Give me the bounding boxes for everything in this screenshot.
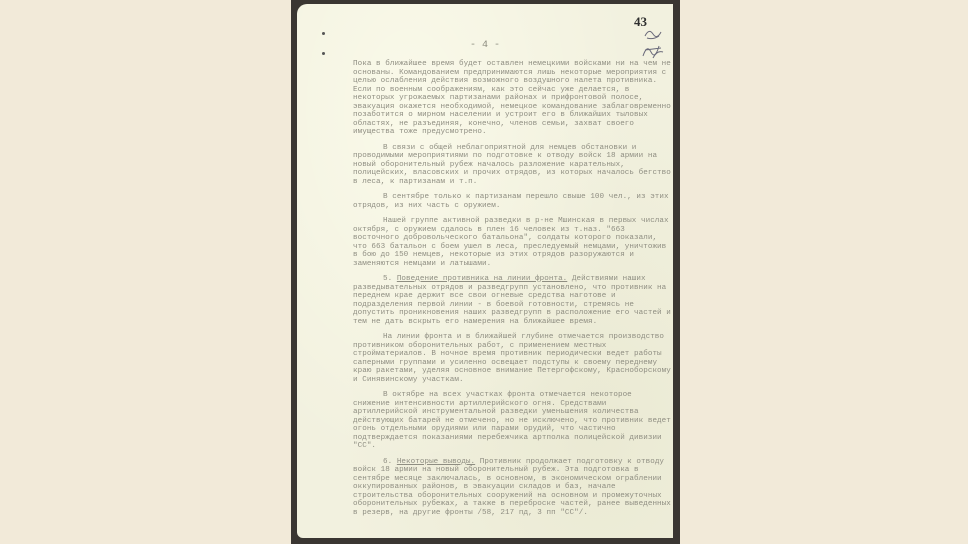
paragraph-text: На линии фронта и в ближайшей глубине от… xyxy=(353,333,673,384)
paragraph-text: В связи с общей неблагоприятной для немц… xyxy=(353,144,673,186)
paragraph: В октябре на всех участках фронта отмеча… xyxy=(353,391,673,451)
paragraph: Пока в ближайшее время будет оставлен не… xyxy=(353,60,673,137)
paragraph-text: В октябре на всех участках фронта отмеча… xyxy=(353,391,673,450)
section-paragraph: 5. Поведение противника на линии фронта.… xyxy=(353,275,673,326)
paragraph: В связи с общей неблагоприятной для немц… xyxy=(353,144,673,187)
paragraph-text: Нашей группе активной разведки в р-не Мш… xyxy=(353,217,673,268)
section-heading: Некоторые выводы. xyxy=(397,458,475,466)
typed-page-marker: - 4 - xyxy=(297,40,673,51)
section-number: 5. xyxy=(383,275,397,283)
paragraph: Нашей группе активной разведки в р-не Мш… xyxy=(353,217,673,268)
document-page: 43 - 4 - Пока в ближайшее время будет ос… xyxy=(297,4,673,538)
section-paragraph: 6. Некоторые выводы. Противник продолжае… xyxy=(353,458,673,518)
paragraph: В сентябре только к партизанам перешло с… xyxy=(353,193,673,210)
punch-hole-mark xyxy=(322,52,325,55)
punch-hole-mark xyxy=(322,32,325,35)
paragraph-text: Действиями наших разведывательных отрядо… xyxy=(353,275,673,326)
paragraph: На линии фронта и в ближайшей глубине от… xyxy=(353,333,673,384)
paragraph-text: Пока в ближайшее время будет оставлен не… xyxy=(353,60,673,136)
paragraph-text: В сентябре только к партизанам перешло с… xyxy=(353,193,673,210)
document-body: Пока в ближайшее время будет оставлен не… xyxy=(353,60,673,524)
section-heading: Поведение противника на линии фронта. xyxy=(397,275,567,283)
section-number: 6. xyxy=(383,458,397,466)
paragraph-text: Противник продолжает подготовку к отводу… xyxy=(353,458,673,517)
